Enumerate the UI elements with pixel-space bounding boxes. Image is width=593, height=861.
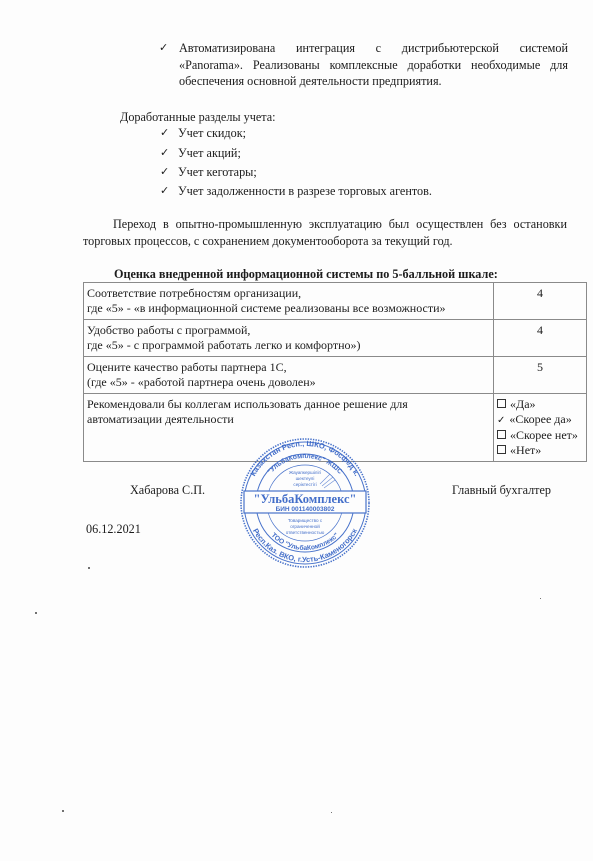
stamp-inner-text: шектеулі [296, 476, 315, 481]
list-item: Учет акций; [178, 145, 241, 162]
option-label: «Да» [510, 397, 536, 411]
option-label: «Скорее да» [509, 412, 571, 426]
checkmark-icon: ✓ [160, 165, 169, 178]
list-item: Учет задолженности в разрезе торговых аг… [178, 183, 432, 200]
scan-dust [540, 598, 541, 599]
intro-bullet-line-1: Автоматизирована интеграция с дистрибьют… [179, 40, 568, 57]
list-item: Учет кеготары; [178, 164, 257, 181]
table-row: Оцените качество работы партнера 1С, (гд… [84, 357, 587, 394]
score-cell: 4 [494, 283, 587, 320]
intro-bullet-line-2: «Panorama». Реализованы комплексные дора… [179, 57, 568, 74]
table-row: Удобство работы с программой, где «5» - … [84, 320, 587, 357]
question-line: где «5» - «в информационной системе реал… [87, 301, 490, 316]
company-stamp-icon: Казахстан Респ., ШКО, Фосфед к. Респ.Каз… [238, 436, 372, 570]
transition-paragraph-line-2: торговых процессов, с сохранением докуме… [83, 233, 453, 250]
question-cell: Оцените качество работы партнера 1С, (гд… [84, 357, 494, 394]
option-net[interactable]: «Нет» [497, 443, 583, 458]
stamp-company-name: "УльбаКомплекс" [254, 492, 357, 506]
document-page: ✓ Автоматизирована интеграция с дистрибь… [0, 0, 593, 861]
signatory-name: Хабарова С.П. [130, 482, 205, 499]
checkbox-empty-icon [497, 399, 506, 408]
question-cell: Соответствие потребностям организации, г… [84, 283, 494, 320]
stamp-bin: БИН 001140003802 [276, 506, 335, 513]
scan-dust [62, 810, 64, 812]
stamp-inner-text: ответственностью [286, 530, 325, 535]
scan-dust [35, 612, 37, 614]
checkbox-empty-icon [497, 430, 506, 439]
question-line: Соответствие потребностям организации, [87, 286, 490, 301]
transition-paragraph-line-1: Переход в опытно-промышленную эксплуатац… [113, 216, 567, 233]
table-row: Соответствие потребностям организации, г… [84, 283, 587, 320]
question-line: Оцените качество работы партнера 1С, [87, 360, 490, 375]
score-cell: 5 [494, 357, 587, 394]
question-line: где «5» - с программой работать легко и … [87, 338, 490, 353]
signature-scribble-icon [320, 474, 335, 488]
rating-title: Оценка внедренной информационной системы… [114, 266, 498, 283]
stamp-inner-text: Товарищество с [288, 518, 323, 523]
checkmark-icon: ✓ [160, 184, 169, 197]
option-skoree-net[interactable]: «Скорее нет» [497, 428, 583, 443]
list-item: Учет скидок; [178, 125, 246, 142]
checkmark-icon: ✓ [159, 41, 168, 54]
stamp-inner-text: ограниченной [290, 523, 320, 529]
score-cell: 4 [494, 320, 587, 357]
option-skoree-da[interactable]: ✓«Скорее да» [497, 412, 583, 429]
question-line: Рекомендовали бы коллегам использовать д… [87, 397, 490, 412]
checkmark-icon: ✓ [497, 415, 505, 426]
sections-heading: Доработанные разделы учета: [120, 109, 276, 126]
option-da[interactable]: «Да» [497, 397, 583, 412]
option-label: «Скорее нет» [510, 428, 578, 442]
question-line: Удобство работы с программой, [87, 323, 490, 338]
option-label: «Нет» [510, 443, 541, 457]
checkmark-icon: ✓ [160, 146, 169, 159]
scan-dust [88, 567, 90, 569]
signatory-position: Главный бухгалтер [452, 482, 551, 499]
recommend-options-cell: «Да» ✓«Скорее да» «Скорее нет» «Нет» [494, 394, 587, 462]
rating-table: Соответствие потребностям организации, г… [83, 282, 587, 462]
intro-bullet-line-3: обеспечения основной деятельности предпр… [179, 73, 442, 90]
stamp-inner-text: Жауапкершілігі [289, 470, 321, 475]
checkmark-icon: ✓ [160, 126, 169, 139]
signature-date: 06.12.2021 [86, 521, 141, 538]
stamp-inner-text: серіктестігі [293, 482, 316, 487]
question-line: (где «5» - «работой партнера очень довол… [87, 375, 490, 390]
scan-dust [331, 812, 332, 813]
question-cell: Удобство работы с программой, где «5» - … [84, 320, 494, 357]
checkbox-empty-icon [497, 445, 506, 454]
question-line: автоматизации деятельности [87, 412, 490, 427]
